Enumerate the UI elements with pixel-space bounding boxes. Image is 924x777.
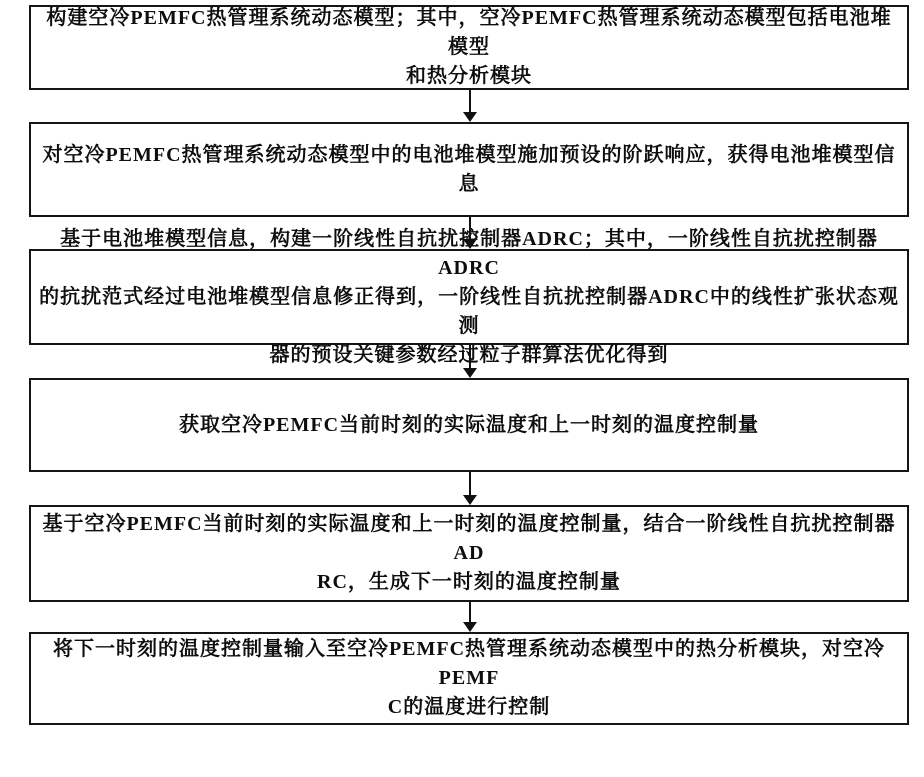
arrow-shaft [469, 472, 471, 497]
flow-step-1-text: 构建空冷PEMFC热管理系统动态模型；其中，空冷PEMFC热管理系统动态模型包括… [31, 4, 907, 91]
flow-step-5-box: 基于空冷PEMFC当前时刻的实际温度和上一时刻的温度控制量，结合一阶线性自抗扰控… [29, 505, 909, 602]
arrow-head-down-icon [463, 495, 477, 505]
flowchart-canvas: 构建空冷PEMFC热管理系统动态模型；其中，空冷PEMFC热管理系统动态模型包括… [0, 0, 924, 777]
arrow-step3-to-step4 [462, 345, 478, 378]
flow-step-2-text: 对空冷PEMFC热管理系统动态模型中的电池堆模型施加预设的阶跃响应，获得电池堆模… [31, 141, 907, 199]
flow-step-3-box: 基于电池堆模型信息，构建一阶线性自抗扰控制器ADRC；其中，一阶线性自抗扰控制器… [29, 249, 909, 345]
arrow-head-down-icon [463, 368, 477, 378]
arrow-shaft [469, 602, 471, 624]
arrow-step5-to-step6 [462, 602, 478, 632]
flow-step-2-box: 对空冷PEMFC热管理系统动态模型中的电池堆模型施加预设的阶跃响应，获得电池堆模… [29, 122, 909, 217]
arrow-step1-to-step2 [462, 90, 478, 122]
arrow-step4-to-step5 [462, 472, 478, 505]
flow-step-4-text: 获取空冷PEMFC当前时刻的实际温度和上一时刻的温度控制量 [31, 411, 907, 440]
arrow-head-down-icon [463, 112, 477, 122]
flow-step-4-box: 获取空冷PEMFC当前时刻的实际温度和上一时刻的温度控制量 [29, 378, 909, 472]
flow-step-5-text: 基于空冷PEMFC当前时刻的实际温度和上一时刻的温度控制量，结合一阶线性自抗扰控… [31, 510, 907, 597]
arrow-shaft [469, 90, 471, 114]
flow-step-6-box: 将下一时刻的温度控制量输入至空冷PEMFC热管理系统动态模型中的热分析模块，对空… [29, 632, 909, 725]
flow-step-6-text: 将下一时刻的温度控制量输入至空冷PEMFC热管理系统动态模型中的热分析模块，对空… [31, 635, 907, 722]
arrow-shaft [469, 345, 471, 370]
arrow-head-down-icon [463, 622, 477, 632]
flow-step-1-box: 构建空冷PEMFC热管理系统动态模型；其中，空冷PEMFC热管理系统动态模型包括… [29, 5, 909, 90]
